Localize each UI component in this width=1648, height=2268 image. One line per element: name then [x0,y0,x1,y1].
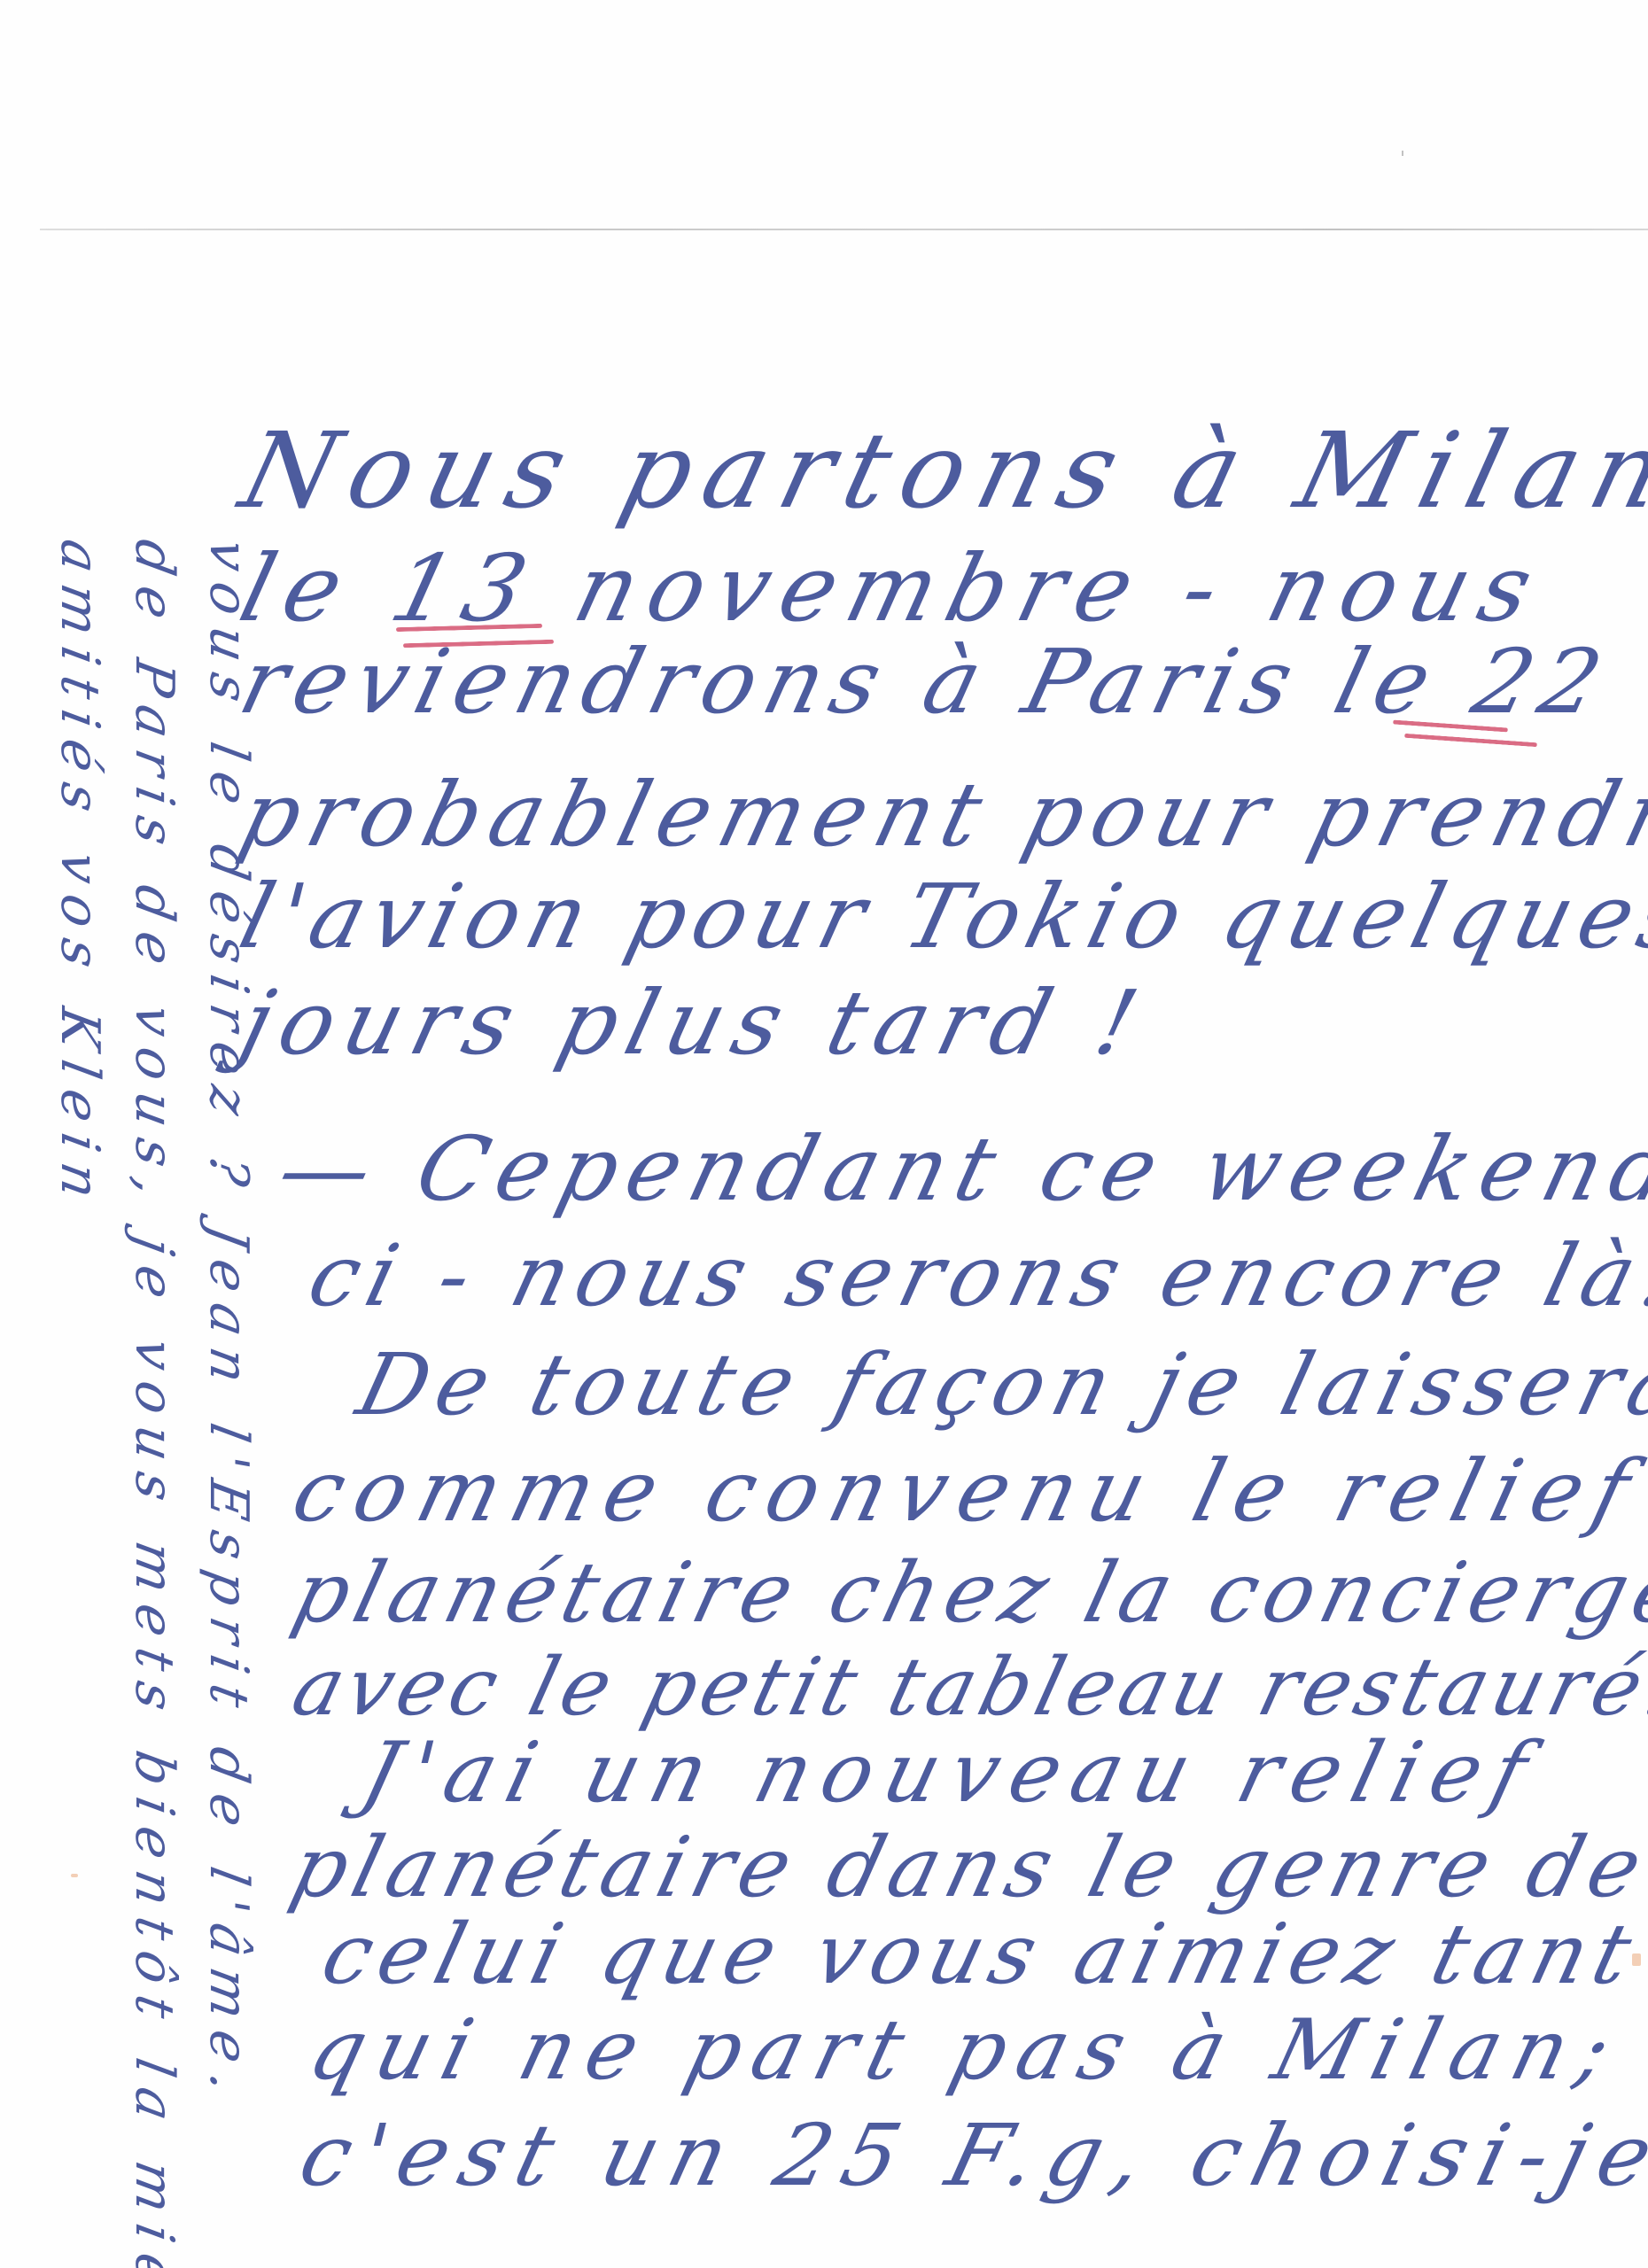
letter-line-6: jours plus tard ! [232,979,1156,1068]
letter-line-9: De toute façon je laisserai [350,1342,1648,1427]
letter-line-7: — Cependant ce weekend [270,1125,1648,1214]
margin-note-line-2: de Paris de vous, je vous mets bientôt l… [117,534,191,2268]
letter-line-17: c'est un 25 F.g, choisi-je [292,2113,1648,2198]
letter-line-16: qui ne part pas à Milan; [301,2009,1630,2093]
paper-speck [1402,151,1403,156]
letter-page: Nous partons à Milan le 13 novembre - no… [0,0,1648,2268]
letter-line-11: planétaire chez la concierge [285,1552,1648,1635]
letter-line-14: planétaire dans le genre de [284,1827,1648,1910]
letter-line-5: l'avion pour Tokio quelques [232,873,1648,961]
top-horizontal-rule [40,229,1648,230]
underline-22-b [1404,734,1537,747]
letter-line-4: probablement pour prendre [232,771,1648,859]
letter-line-2: le 13 novembre - nous [232,542,1553,634]
paper-stain [1632,1953,1641,1966]
letter-line-8: ci - nous serons encore là. [301,1233,1648,1318]
letter-line-15: celui que vous aimiez tant [315,1914,1646,1997]
letter-line-3: reviendrons à Paris le 22 [232,638,1619,726]
letter-line-13: J'ai un nouveau relief [354,1732,1547,1815]
margin-note-line-3: amitiés vos Klein [43,534,117,2268]
margin-note-line-1: vous le désirez ? Jean l'Esprit de l'âme… [191,534,266,2268]
letter-line-12: avec le petit tableau restauré. [285,1648,1648,1728]
letter-line-10: comme convenu le relief [285,1449,1648,1534]
margin-note: vous le désirez ? Jean l'Esprit de l'âme… [43,540,266,2268]
letter-line-1: Nous partons à Milan [232,418,1648,523]
paper-stain [71,1874,78,1877]
